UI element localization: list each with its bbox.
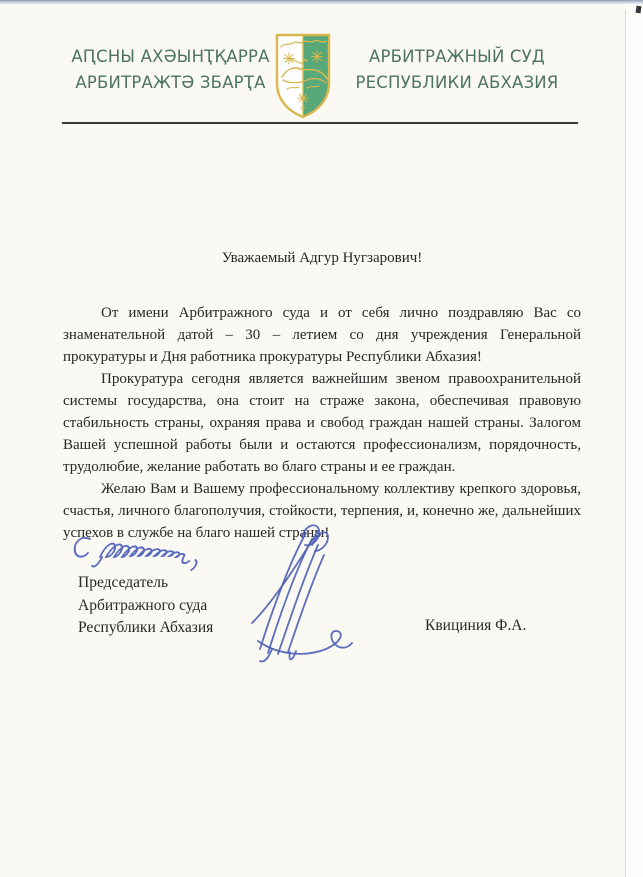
signer-name: Квициния Ф.А. <box>425 617 526 635</box>
letterhead-divider <box>62 122 578 124</box>
signer-title-line3: Республики Абхазия <box>78 617 213 640</box>
emblem-shield <box>274 33 332 120</box>
paragraph-2: Прокуратура сегодня является важнейшим з… <box>63 368 581 478</box>
letterhead-title-abkhaz: АԤСНЫ АХӘЫНҬҚАРРА АРБИТРАЖТӘ ЗБАРҬА <box>58 44 283 96</box>
letter-page: АԤСНЫ АХӘЫНҬҚАРРА АРБИТРАЖТӘ ЗБАРҬА <box>0 0 643 877</box>
letterhead-title-russian: АРБИТРАЖНЫЙ СУД РЕСПУБЛИКИ АБХАЗИЯ <box>348 44 566 96</box>
letterhead-abkhaz-line1: АԤСНЫ АХӘЫНҬҚАРРА <box>58 44 283 70</box>
letterhead-russian-line1: АРБИТРАЖНЫЙ СУД <box>348 44 566 70</box>
paper-right-edge <box>625 10 626 877</box>
coat-of-arms-abkhazia-icon <box>274 33 332 120</box>
letterhead-abkhaz-line2: АРБИТРАЖТӘ ЗБАРҬА <box>58 70 283 96</box>
signer-title-line1: Председатель <box>78 572 213 595</box>
letterhead-russian-line2: РЕСПУБЛИКИ АБХАЗИЯ <box>348 70 566 96</box>
scan-artifact-mark <box>636 6 642 14</box>
signer-title-block: Председатель Арбитражного суда Республик… <box>78 572 213 640</box>
salutation: Уважаемый Адгур Нугзарович! <box>63 247 581 269</box>
scan-top-edge <box>0 0 643 4</box>
handwritten-signature <box>246 521 374 666</box>
letter-body: Уважаемый Адгур Нугзарович! От имени Арб… <box>63 247 581 544</box>
scan-background-strip <box>626 4 643 877</box>
signer-title-line2: Арбитражного суда <box>78 595 213 618</box>
paragraph-1: От имени Арбитражного суда и от себя лич… <box>63 302 581 368</box>
handwritten-closing-script <box>64 529 228 575</box>
